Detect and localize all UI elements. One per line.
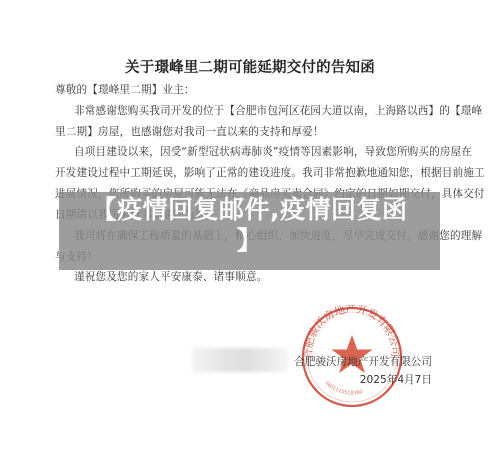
paragraph-1-line-1: 非常感谢您购买我司开发的位于【合肥市包河区花园大道以南，上海路以西】的【璟峰 — [74, 103, 482, 118]
paragraph-1-line-2: 里二期】房屋，也感谢您对我司一直以来的支持和厚爱！ — [55, 124, 324, 139]
paragraph-2-line-1: 自项目建设以来，因受“新型冠状病毒肺炎”疫情等因素影响，导致您所购买的房屋在 — [74, 144, 472, 159]
paragraph-2-line-2: 开发建设过程中工期延误，影响了正常的建设进度。我司非常抱歉地通知您，根据目前施工 — [55, 165, 485, 180]
notice-document: 关于璟峰里二期可能延期交付的告知函 尊敬的【璟峰里二期】业主： 非常感谢您购买我… — [0, 0, 500, 464]
redacted-area — [192, 348, 288, 372]
overlay-banner-line-2: 】 — [59, 225, 440, 256]
document-title: 关于璟峰里二期可能延期交付的告知函 — [0, 56, 500, 77]
svg-text:3401110518360: 3401110518360 — [323, 380, 363, 396]
signature-company: 合肥骏沃房地产开发有限公司 — [294, 354, 432, 369]
overlay-banner-line-1: 【疫情回复邮件,疫情回复函 — [59, 194, 440, 225]
closing-wish: 谨祝您及您的家人平安康泰、诸事顺意。 — [74, 269, 267, 284]
signature-date: 2025年4月7日 — [360, 372, 432, 387]
greeting: 尊敬的【璟峰里二期】业主： — [55, 82, 195, 97]
overlay-banner-text: 【疫情回复邮件,疫情回复函 】 — [59, 194, 440, 256]
